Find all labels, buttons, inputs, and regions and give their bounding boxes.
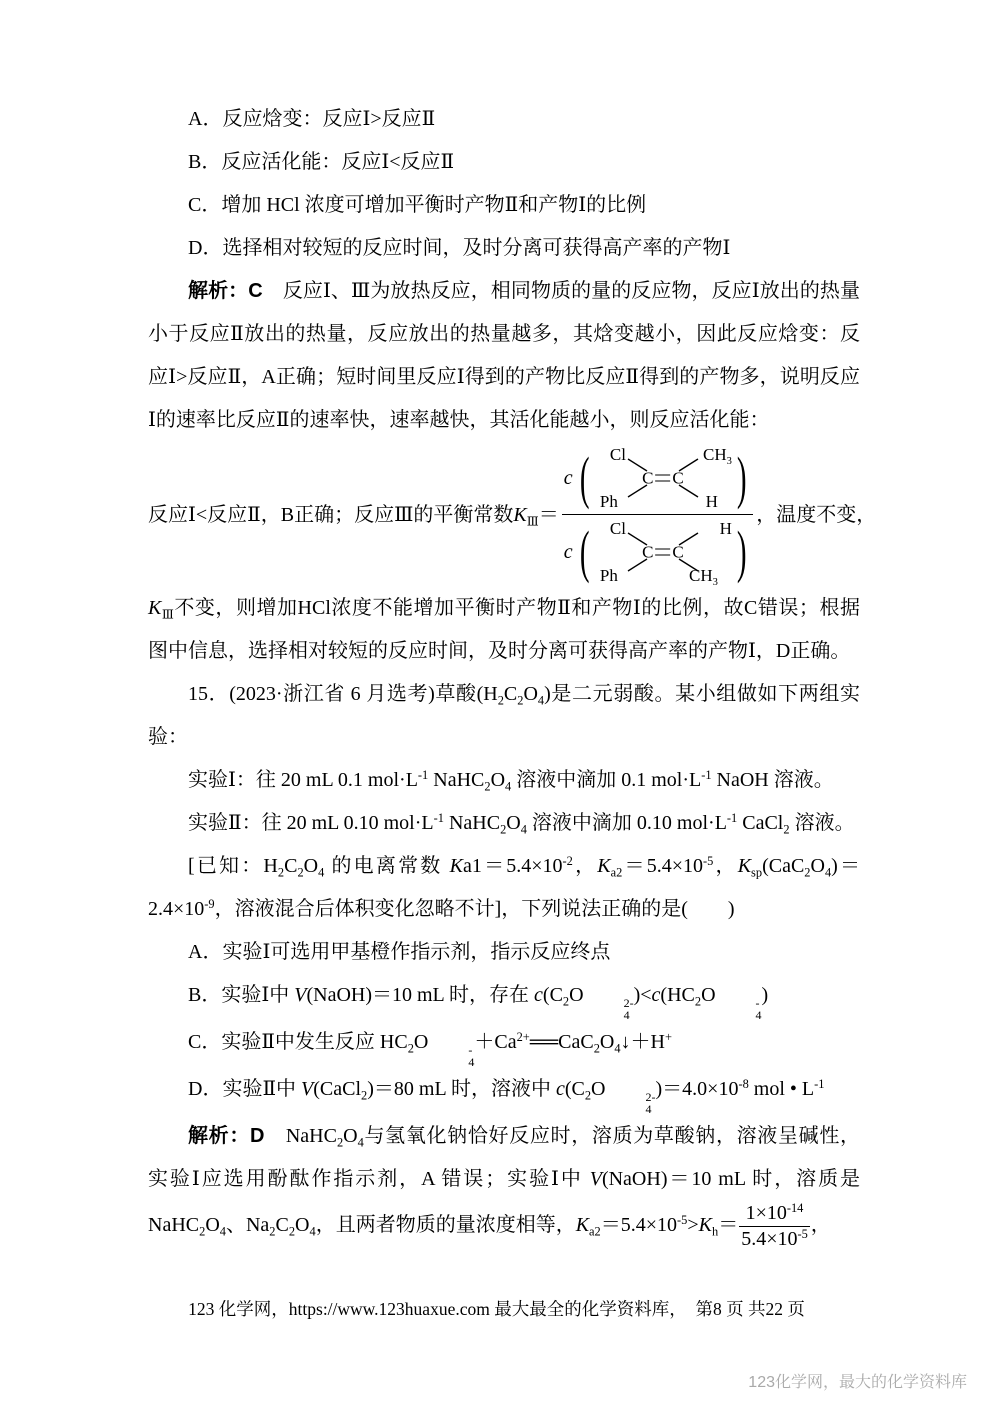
- substituent-bottom-right: CH3: [689, 567, 718, 584]
- kh-fraction: 1×10-145.4×10-5: [739, 1201, 810, 1252]
- right-paren: ): [737, 448, 747, 508]
- q14-analysis-part1: 解析：C 反应Ⅰ、Ⅲ为放热反应，相同物质的量的反应物，反应Ⅰ放出的热量小于反应Ⅱ…: [148, 270, 860, 442]
- substituent-top-right: H: [720, 520, 732, 537]
- page-footer: 123 化学网，https://www.123huaxue.com 最大最全的化…: [0, 1295, 993, 1323]
- carbon-double-bond: C C: [642, 470, 684, 487]
- kh-fraction-numerator: 1×10-14: [744, 1201, 806, 1226]
- carbon-atom: C: [672, 544, 683, 561]
- formula-before-text: 反应Ⅰ<反应Ⅱ，B正确；反应Ⅲ的平衡常数KⅢ＝: [148, 500, 559, 530]
- substituent-top-left: Cl: [610, 446, 626, 463]
- equilibrium-fraction: c ( Cl CH3 Ph H C: [562, 447, 754, 583]
- fraction-numerator: c ( Cl CH3 Ph H C: [562, 447, 754, 514]
- kh-fraction-denominator: 5.4×10-5: [739, 1226, 810, 1252]
- substituent-bottom-right: H: [706, 493, 718, 510]
- q14-option-b: B．反应活化能：反应Ⅰ<反应Ⅱ: [148, 141, 860, 184]
- left-paren: (: [579, 522, 589, 582]
- q15-experiment1: 实验Ⅰ：往 20 mL 0.1 mol·L-1 NaHC2O4 溶液中滴加 0.…: [148, 759, 860, 802]
- q14-option-d: D．选择相对较短的反应时间，及时分离可获得高产率的产物Ⅰ: [148, 227, 860, 270]
- q14-option-c: C．增加 HCl 浓度可增加平衡时产物Ⅱ和产物Ⅰ的比例: [148, 184, 860, 227]
- carbon-atom: C: [642, 470, 653, 487]
- substituent-bottom-left: Ph: [600, 493, 618, 510]
- alkene-structure-product1: Cl CH3 Ph H C C: [594, 447, 732, 509]
- q15-option-d: D．实验Ⅱ中 V(CaCl2)＝80 mL 时，溶液中 c(C2O2-4)＝4.…: [148, 1068, 860, 1115]
- substituent-bottom-left: Ph: [600, 567, 618, 584]
- q14-analysis-part2: KⅢ不变，则增加HCl浓度不能增加平衡时产物Ⅱ和产物Ⅰ的比例，故C错误；根据图中…: [148, 587, 860, 673]
- formula-after-text: ，温度不变，: [756, 500, 876, 530]
- q15-option-b: B．实验Ⅰ中 V(NaOH)＝10 mL 时，存在 c(C2O2-4)<c(HC…: [148, 974, 860, 1021]
- page-content: A．反应焓变：反应Ⅰ>反应Ⅱ B．反应活化能：反应Ⅰ<反应Ⅱ C．增加 HCl …: [148, 98, 860, 1252]
- substituent-top-right: CH3: [703, 446, 732, 463]
- concentration-symbol: c: [564, 537, 573, 567]
- q15-experiment2: 实验Ⅱ：往 20 mL 0.10 mol·L-1 NaHC2O4 溶液中滴加 0…: [148, 802, 860, 845]
- q15-stem: 15．(2023·浙江省 6 月选考)草酸(H2C2O4)是二元弱酸。某小组做如…: [148, 673, 860, 759]
- carbon-atom: C: [672, 470, 683, 487]
- double-bond-icon: [655, 475, 670, 482]
- fraction-denominator: c ( Cl H Ph CH3 C: [562, 514, 754, 583]
- substituent-top-left: Cl: [610, 520, 626, 537]
- left-paren: (: [579, 448, 589, 508]
- right-paren: ): [737, 522, 747, 582]
- concentration-symbol: c: [564, 463, 573, 493]
- q15-option-c: C．实验Ⅱ中发生反应 HC2O-4＋Ca2+══CaC2O4↓＋H+: [148, 1021, 860, 1068]
- carbon-double-bond: C C: [642, 544, 684, 561]
- watermark: 123化学网，最大的化学资料库: [748, 1372, 967, 1394]
- double-bond-icon: [655, 549, 670, 556]
- q15-analysis: 解析：D NaHC2O4与氢氧化钠恰好反应时，溶质为草酸钠，溶液呈碱性，实验Ⅰ应…: [148, 1115, 860, 1252]
- q14-option-a: A．反应焓变：反应Ⅰ>反应Ⅱ: [148, 98, 860, 141]
- q15-option-a: A．实验Ⅰ可选用甲基橙作指示剂，指示反应终点: [148, 931, 860, 974]
- q15-analysis-tail: ，: [811, 1214, 831, 1236]
- alkene-structure-product2: Cl H Ph CH3 C C: [594, 521, 732, 583]
- q14-equilibrium-constant-line: 反应Ⅰ<反应Ⅱ，B正确；反应Ⅲ的平衡常数KⅢ＝ c ( Cl CH3: [148, 447, 860, 583]
- carbon-atom: C: [642, 544, 653, 561]
- q15-known-constants: [已知：H2C2O4 的电离常数 Ka1＝5.4×10-2，Ka2＝5.4×10…: [148, 845, 860, 931]
- document-page: A．反应焓变：反应Ⅰ>反应Ⅱ B．反应活化能：反应Ⅰ<反应Ⅱ C．增加 HCl …: [0, 0, 993, 1404]
